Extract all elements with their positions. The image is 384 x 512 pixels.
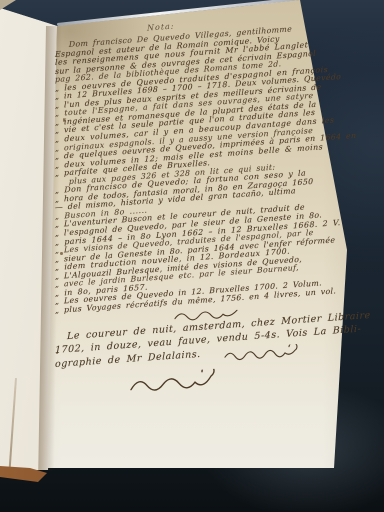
open-book-photo: Nota: Dom francisco De Quevedo Villegas,… bbox=[0, 0, 384, 512]
note-lines: Dom francisco De Quevedo Villegas, genti… bbox=[55, 21, 355, 315]
handwritten-note: Nota: Dom francisco De Quevedo Villegas,… bbox=[55, 9, 355, 371]
